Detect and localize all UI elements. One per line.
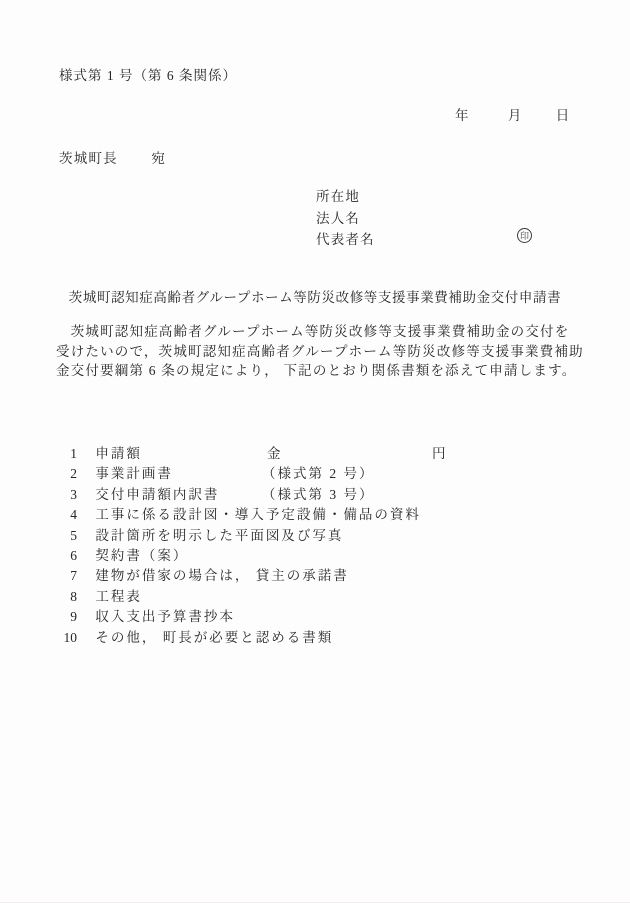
attachment-row: 10 その他， 町長が必要と認める書類 [63, 628, 421, 648]
attachment-label: 契約書（案） [95, 548, 188, 563]
attachment-label: 収入支出予算書抄本 [95, 609, 235, 624]
attachment-number: 3 [63, 485, 77, 505]
form-ref-label: （様式第 3 号） [262, 485, 375, 505]
attachment-label: 事業計画書 [95, 466, 173, 481]
representative-name-label: 代表者名 [316, 229, 375, 251]
attachment-number: 6 [63, 546, 77, 566]
application-form-page: 様式第 1 号（第 6 条関係） 年 月 日 茨城町長 宛 所在地 法人名 代表… [0, 0, 630, 903]
addressee-suffix: 宛 [151, 151, 166, 166]
attachment-label: 設計箇所を明示した平面図及び写真 [95, 528, 343, 543]
attachment-number: 8 [63, 587, 77, 607]
attachment-row: 9 収入支出予算書抄本 [63, 607, 421, 627]
attachment-number: 1 [63, 444, 77, 464]
addressee-line: 茨城町長 宛 [59, 147, 166, 167]
date-year-label: 年 [455, 108, 470, 123]
attachment-row: 7 建物が借家の場合は， 貸主の承諾書 [63, 566, 421, 586]
attachment-row: 8 工程表 [63, 587, 421, 607]
corporation-name-label: 法人名 [316, 208, 375, 230]
attachment-number: 9 [63, 607, 77, 627]
attachment-row: 2 事業計画書 （様式第 2 号） [63, 464, 421, 484]
attachment-number: 10 [63, 628, 77, 648]
amount-prefix-label: 金 [267, 444, 283, 464]
date-month-label: 月 [508, 108, 523, 123]
attachment-label: 工事に係る設計図・導入予定設備・備品の資料 [95, 507, 421, 522]
date-line: 年 月 日 [455, 104, 570, 124]
attachment-label: 申請額 [95, 446, 142, 461]
attachment-number: 4 [63, 505, 77, 525]
body-paragraph: 茨城町認知症高齢者グループホーム等防災改修等支援事業費補助金の交付を 受けたいの… [56, 322, 581, 381]
attachment-row: 6 契約書（案） [63, 546, 421, 566]
attachment-label: 交付申請額内訳書 [95, 487, 219, 502]
location-label: 所在地 [316, 186, 375, 208]
document-title: 茨城町認知症高齢者グループホーム等防災改修等支援事業費補助金交付申請書 [0, 286, 630, 306]
addressee-name: 茨城町長 [59, 151, 118, 166]
attachment-number: 2 [63, 464, 77, 484]
body-line: 金交付要綱第 6 条の規定により， 下記のとおり関係書類を添えて申請します。 [56, 361, 581, 381]
form-number: 様式第 1 号（第 6 条関係） [59, 64, 237, 84]
form-ref-label: （様式第 2 号） [262, 464, 375, 484]
attachments-list: 1 申請額 金 円 2 事業計画書 （様式第 2 号） 3 交付申請額内訳書 （… [63, 444, 421, 648]
seal-char: 印 [520, 229, 529, 242]
seal-icon: 印 [517, 228, 532, 243]
attachment-label: その他， 町長が必要と認める書類 [95, 630, 333, 645]
amount-unit-label: 円 [432, 444, 448, 464]
date-day-label: 日 [556, 108, 571, 123]
applicant-block: 所在地 法人名 代表者名 [316, 186, 375, 251]
body-line: 茨城町認知症高齢者グループホーム等防災改修等支援事業費補助金の交付を [56, 322, 581, 342]
attachment-row: 3 交付申請額内訳書 （様式第 3 号） [63, 485, 421, 505]
attachment-number: 5 [63, 526, 77, 546]
attachment-number: 7 [63, 566, 77, 586]
attachment-row: 5 設計箇所を明示した平面図及び写真 [63, 526, 421, 546]
attachment-label: 工程表 [95, 589, 142, 604]
attachment-row: 4 工事に係る設計図・導入予定設備・備品の資料 [63, 505, 421, 525]
attachment-row: 1 申請額 金 円 [63, 444, 421, 464]
body-line: 受けたいので，茨城町認知症高齢者グループホーム等防災改修等支援事業費補助 [56, 342, 581, 362]
attachment-label: 建物が借家の場合は， 貸主の承諾書 [95, 568, 348, 583]
